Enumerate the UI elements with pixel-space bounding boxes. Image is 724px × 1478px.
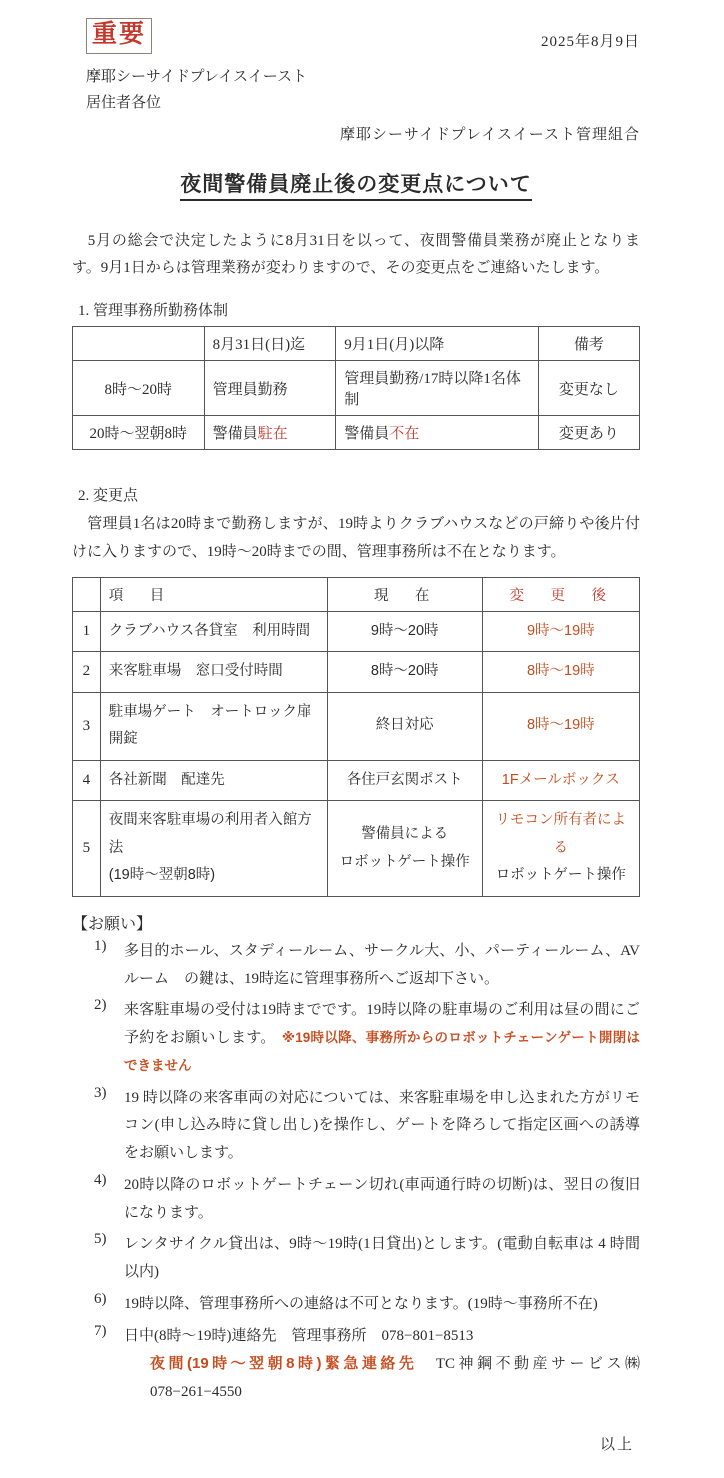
request-body: レンタサイクル貸出は、9時〜19時(1日貸出)とします。(電動自転車は 4 時間…	[124, 1231, 640, 1287]
request-line: 夜間(19時〜翌朝8時)緊急連絡先 TC神鋼不動産サービス㈱ 078−261−4…	[124, 1350, 640, 1407]
cell-line: 終日対応	[336, 712, 474, 740]
column-header: 9月1日(月)以降	[336, 327, 539, 361]
cell-line: 来客駐車場 窓口受付時間	[109, 658, 319, 686]
cell-until: 管理員勤務	[204, 361, 336, 416]
cell-line: 8時〜19時	[491, 712, 631, 740]
cell-after: 管理員勤務/17時以降1名体制	[336, 361, 539, 416]
text-run: 8時〜20時	[371, 663, 439, 679]
cell-item: 駐車場ゲート オートロック扉開錠	[100, 692, 327, 760]
cell-changed: 9時〜19時	[482, 611, 639, 652]
table-row: 2来客駐車場 窓口受付時間8時〜20時8時〜19時	[73, 652, 640, 693]
cell-line: (19時〜翌朝8時)	[109, 862, 319, 890]
cell-number: 4	[73, 760, 101, 801]
cell-note: 変更あり	[538, 416, 639, 450]
cell-current: 警備員によるロボットゲート操作	[327, 801, 482, 897]
table-row: 3駐車場ゲート オートロック扉開錠終日対応8時〜19時	[73, 692, 640, 760]
text-run: 8時〜19時	[527, 663, 595, 679]
cell-current: 各住戸玄関ポスト	[327, 760, 482, 801]
text-run: 9時〜20時	[371, 623, 439, 639]
section1-heading: 1. 管理事務所勤務体制	[78, 299, 640, 320]
cell-line: 8時〜20時	[336, 658, 474, 686]
cell-line: ロボットゲート操作	[491, 862, 631, 890]
addressee-block: 摩耶シーサイドプレイスイースト 居住者各位	[86, 64, 640, 117]
text-run: 19 時以降の来客車両の対応については、来客駐車場を申し込まれた方がリモコン(申…	[124, 1090, 640, 1162]
text-run: 1Fメールボックス	[502, 772, 620, 788]
cell-note: 変更なし	[538, 361, 639, 416]
table-header-row: 8月31日(日)迄9月1日(月)以降備考	[73, 327, 640, 361]
addressee-line2: 居住者各位	[86, 90, 640, 116]
section2-paragraph: 管理員1名は20時まで勤務しますが、19時よりクラブハウスなどの戸締りや後片付け…	[72, 511, 640, 567]
document-title: 夜間警備員廃止後の変更点について	[72, 168, 640, 198]
text-run: 駐車場ゲート オートロック扉開錠	[109, 704, 312, 748]
request-number: 5)	[72, 1231, 124, 1287]
table-row: 5夜間来客駐車場の利用者入館方法(19時〜翌朝8時)警備員によるロボットゲート操…	[73, 801, 640, 897]
text-run: 来客駐車場 窓口受付時間	[109, 663, 283, 679]
addressee-line1: 摩耶シーサイドプレイスイースト	[86, 64, 640, 90]
request-item: 3)19 時以降の来客車両の対応については、来客駐車場を申し込まれた方がリモコン…	[72, 1085, 640, 1168]
cell-line: リモコン所有者による	[491, 807, 631, 862]
table-row: 1クラブハウス各貸室 利用時間9時〜20時9時〜19時	[73, 611, 640, 652]
duty-schedule-table: 8月31日(日)迄9月1日(月)以降備考8時〜20時管理員勤務管理員勤務/17時…	[72, 326, 640, 450]
request-number: 4)	[72, 1172, 124, 1228]
column-header: 項 目	[100, 577, 327, 611]
cell-after: 警備員不在	[336, 416, 539, 450]
text-run: 多目的ホール、スタディールーム、サークル大、小、パーティールーム、AV ルーム …	[124, 943, 640, 987]
cell-line: 9時〜20時	[336, 618, 474, 646]
document-page: 重要 2025年8月9日 摩耶シーサイドプレイスイースト 居住者各位 摩耶シーサ…	[0, 0, 724, 1478]
text-run: 各社新聞 配達先	[109, 772, 225, 788]
text-run: 19時以降、管理事務所への連絡は不可となります。(19時〜事務所不在)	[124, 1296, 598, 1312]
section2-heading: 2. 変更点	[78, 484, 640, 505]
request-line: 日中(8時〜19時)連絡先 管理事務所 078−801−8513	[124, 1323, 640, 1351]
table-row: 8時〜20時管理員勤務管理員勤務/17時以降1名体制変更なし	[73, 361, 640, 416]
text-run: 不在	[389, 426, 419, 442]
cell-time: 8時〜20時	[73, 361, 205, 416]
text-run: 夜間来客駐車場の利用者入館方法	[109, 812, 312, 856]
text-run: 日中(8時〜19時)連絡先 管理事務所 078−801−8513	[124, 1328, 473, 1344]
text-run: 各住戸玄関ポスト	[347, 772, 463, 788]
text-run: 警備員	[213, 426, 258, 442]
requests-list: 1)多目的ホール、スタディールーム、サークル大、小、パーティールーム、AV ルー…	[72, 938, 640, 1407]
cell-item: 来客駐車場 窓口受付時間	[100, 652, 327, 693]
text-run: 8時〜19時	[527, 717, 595, 733]
request-body: 19 時以降の来客車両の対応については、来客駐車場を申し込まれた方がリモコン(申…	[124, 1085, 640, 1168]
cell-line: 各社新聞 配達先	[109, 767, 319, 795]
cell-line: 各住戸玄関ポスト	[336, 767, 474, 795]
request-body: 19時以降、管理事務所への連絡は不可となります。(19時〜事務所不在)	[124, 1291, 640, 1319]
cell-line: 警備員による	[336, 821, 474, 849]
cell-until: 警備員駐在	[204, 416, 336, 450]
cell-current: 8時〜20時	[327, 652, 482, 693]
column-header: 8月31日(日)迄	[204, 327, 336, 361]
sender-line: 摩耶シーサイドプレイスイースト管理組合	[72, 123, 640, 144]
request-line: 19 時以降の来客車両の対応については、来客駐車場を申し込まれた方がリモコン(申…	[124, 1085, 640, 1168]
cell-number: 2	[73, 652, 101, 693]
request-body: 多目的ホール、スタディールーム、サークル大、小、パーティールーム、AV ルーム …	[124, 938, 640, 994]
cell-changed: リモコン所有者によるロボットゲート操作	[482, 801, 639, 897]
request-line: 19時以降、管理事務所への連絡は不可となります。(19時〜事務所不在)	[124, 1291, 640, 1319]
cell-time: 20時〜翌朝8時	[73, 416, 205, 450]
text-run: 終日対応	[376, 717, 434, 733]
column-header	[73, 327, 205, 361]
table-row: 20時〜翌朝8時警備員駐在警備員不在変更あり	[73, 416, 640, 450]
text-run: レンタサイクル貸出は、9時〜19時(1日貸出)とします。(電動自転車は 4 時間…	[124, 1236, 640, 1280]
request-number: 1)	[72, 938, 124, 994]
request-body: 20時以降のロボットゲートチェーン切れ(車両通行時の切断)は、翌日の復旧になりま…	[124, 1172, 640, 1228]
changes-table: 項 目現 在変 更 後1クラブハウス各貸室 利用時間9時〜20時9時〜19時2来…	[72, 577, 640, 897]
cell-item: 各社新聞 配達先	[100, 760, 327, 801]
cell-changed: 8時〜19時	[482, 652, 639, 693]
request-item: 4)20時以降のロボットゲートチェーン切れ(車両通行時の切断)は、翌日の復旧にな…	[72, 1172, 640, 1228]
cell-item: クラブハウス各貸室 利用時間	[100, 611, 327, 652]
cell-number: 1	[73, 611, 101, 652]
column-header: 変 更 後	[482, 577, 639, 611]
text-run: ロボットゲート操作	[340, 854, 470, 870]
column-header: 備考	[538, 327, 639, 361]
cell-item: 夜間来客駐車場の利用者入館方法(19時〜翌朝8時)	[100, 801, 327, 897]
document-header: 重要 2025年8月9日	[72, 18, 640, 54]
document-date: 2025年8月9日	[541, 30, 640, 51]
cell-line: 1Fメールボックス	[491, 767, 631, 795]
cell-current: 9時〜20時	[327, 611, 482, 652]
request-item: 1)多目的ホール、スタディールーム、サークル大、小、パーティールーム、AV ルー…	[72, 938, 640, 994]
text-run: 駐在	[258, 426, 288, 442]
text-run: 20時以降のロボットゲートチェーン切れ(車両通行時の切断)は、翌日の復旧になりま…	[124, 1177, 640, 1221]
cell-line: クラブハウス各貸室 利用時間	[109, 618, 319, 646]
request-item: 5)レンタサイクル貸出は、9時〜19時(1日貸出)とします。(電動自転車は 4 …	[72, 1231, 640, 1287]
request-number: 6)	[72, 1291, 124, 1319]
closing-text: 以上	[72, 1433, 640, 1454]
important-stamp: 重要	[86, 18, 152, 54]
intro-paragraph: 5月の総会で決定したように8月31日を以って、夜間警備員業務が廃止となります。9…	[72, 228, 640, 284]
text-run: ロボットゲート操作	[496, 867, 626, 883]
request-item: 6)19時以降、管理事務所への連絡は不可となります。(19時〜事務所不在)	[72, 1291, 640, 1319]
request-body: 来客駐車場の受付は19時までです。19時以降の駐車場のご利用は昼の間にご予約をお…	[124, 997, 640, 1080]
text-run: 管理員勤務/17時以降1名体制	[344, 371, 521, 408]
request-number: 3)	[72, 1085, 124, 1168]
text-run: 警備員による	[361, 826, 448, 842]
request-item: 2)来客駐車場の受付は19時までです。19時以降の駐車場のご利用は昼の間にご予約…	[72, 997, 640, 1080]
cell-line: 駐車場ゲート オートロック扉開錠	[109, 699, 319, 754]
text-run: リモコン所有者による	[496, 812, 627, 856]
request-line: 多目的ホール、スタディールーム、サークル大、小、パーティールーム、AV ルーム …	[124, 938, 640, 994]
text-run: クラブハウス各貸室 利用時間	[109, 623, 310, 639]
text-run: 管理員勤務	[213, 382, 288, 398]
request-item: 7)日中(8時〜19時)連絡先 管理事務所 078−801−8513夜間(19時…	[72, 1323, 640, 1407]
cell-line: ロボットゲート操作	[336, 849, 474, 877]
requests-heading: 【お願い】	[72, 911, 640, 934]
cell-line: 8時〜19時	[491, 658, 631, 686]
text-run: 夜間(19時〜翌朝8時)緊急連絡先	[150, 1355, 417, 1372]
request-line: 来客駐車場の受付は19時までです。19時以降の駐車場のご利用は昼の間にご予約をお…	[124, 997, 640, 1080]
cell-changed: 8時〜19時	[482, 692, 639, 760]
request-line: レンタサイクル貸出は、9時〜19時(1日貸出)とします。(電動自転車は 4 時間…	[124, 1231, 640, 1287]
request-number: 7)	[72, 1323, 124, 1407]
request-line: 20時以降のロボットゲートチェーン切れ(車両通行時の切断)は、翌日の復旧になりま…	[124, 1172, 640, 1228]
column-header: 現 在	[327, 577, 482, 611]
text-run: 9時〜19時	[527, 623, 595, 639]
text-run: (19時〜翌朝8時)	[109, 867, 215, 883]
cell-number: 5	[73, 801, 101, 897]
cell-current: 終日対応	[327, 692, 482, 760]
request-body: 日中(8時〜19時)連絡先 管理事務所 078−801−8513夜間(19時〜翌…	[124, 1323, 640, 1407]
table-header-row: 項 目現 在変 更 後	[73, 577, 640, 611]
cell-line: 9時〜19時	[491, 618, 631, 646]
cell-changed: 1Fメールボックス	[482, 760, 639, 801]
column-header	[73, 577, 101, 611]
table-row: 4各社新聞 配達先各住戸玄関ポスト1Fメールボックス	[73, 760, 640, 801]
request-number: 2)	[72, 997, 124, 1080]
cell-line: 夜間来客駐車場の利用者入館方法	[109, 807, 319, 862]
cell-number: 3	[73, 692, 101, 760]
text-run: 警備員	[344, 426, 389, 442]
document-title-text: 夜間警備員廃止後の変更点について	[180, 172, 532, 201]
